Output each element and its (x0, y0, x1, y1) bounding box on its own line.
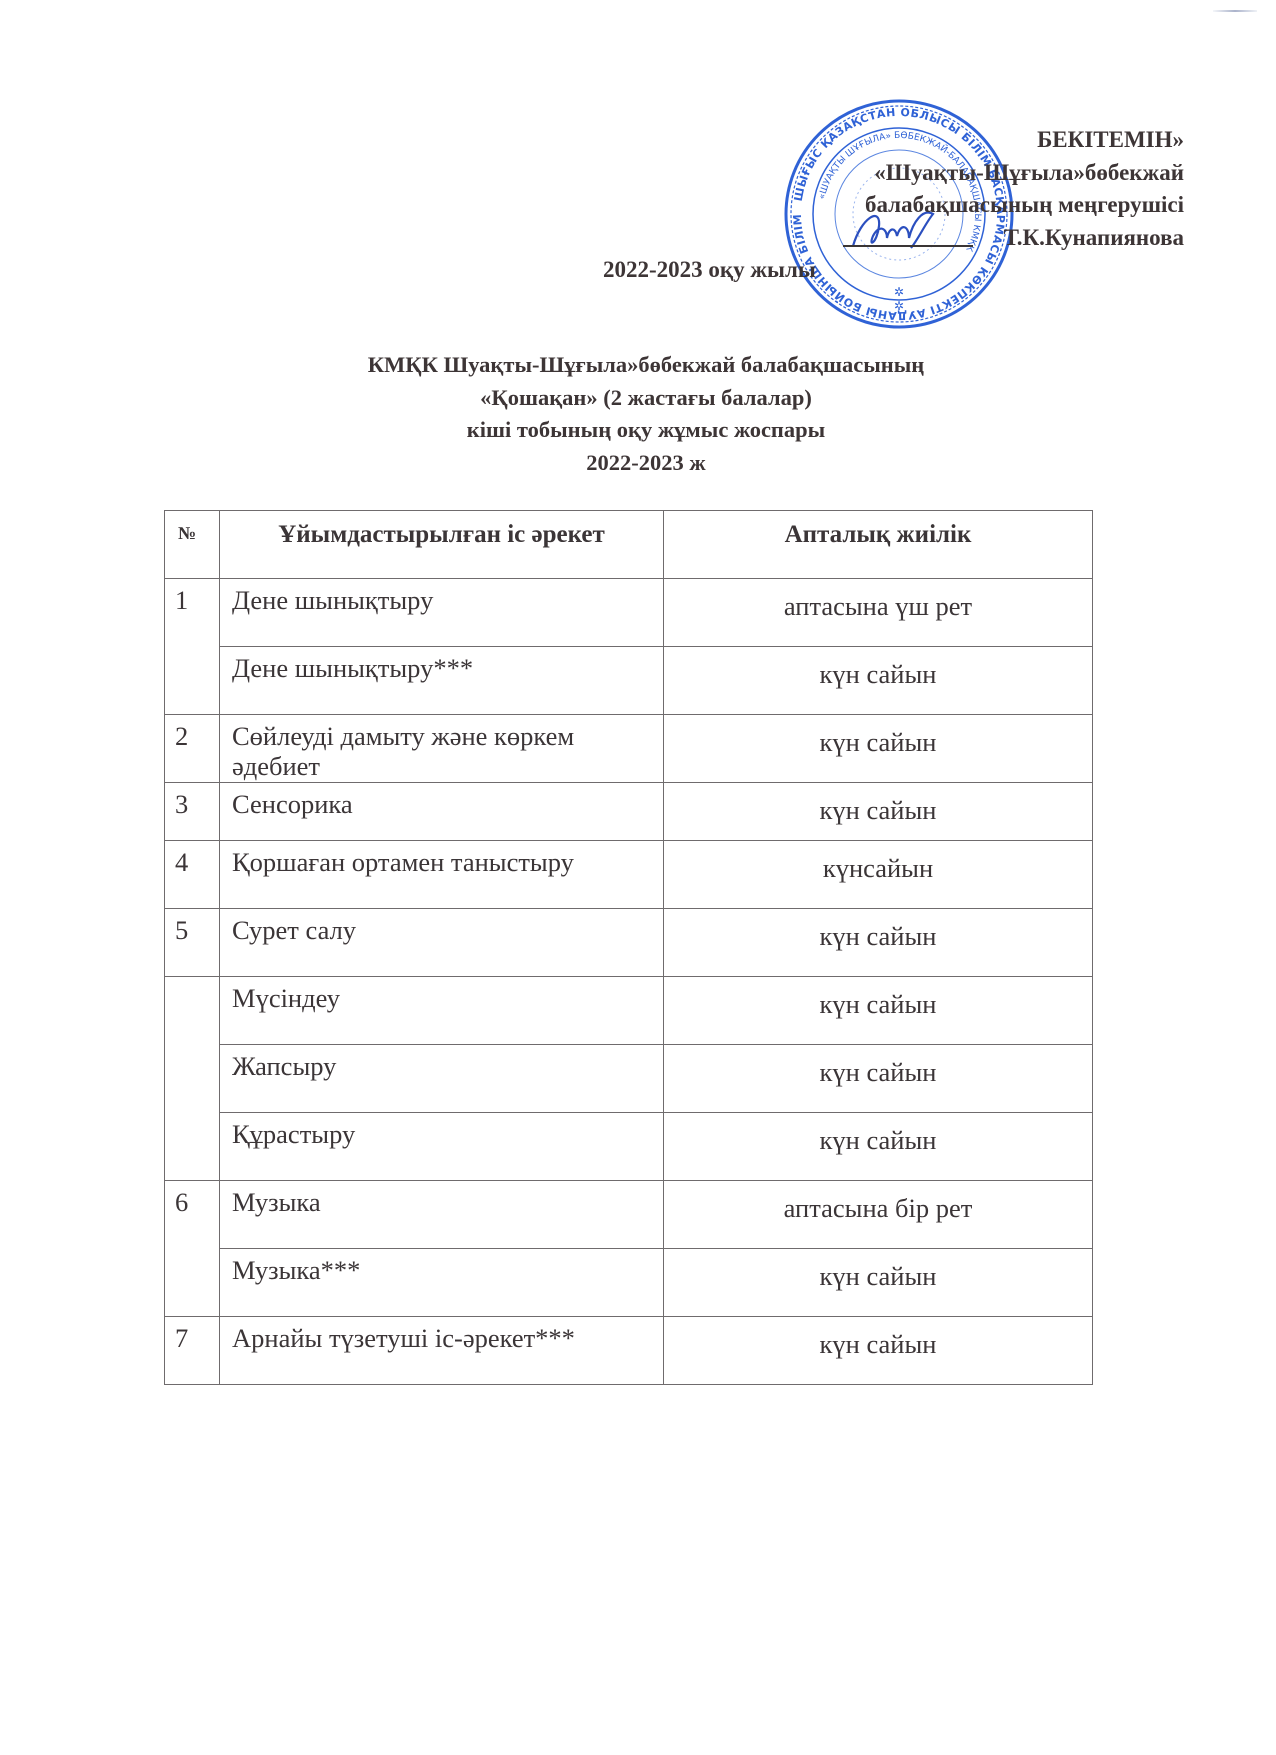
row-number: 7 (165, 1317, 220, 1385)
row-activity: Жапсыру (220, 1045, 664, 1113)
table-row: 4 Қоршаған ортамен таныстыру күнсайын (165, 841, 1093, 909)
row-frequency: күн сайын (664, 715, 1093, 783)
row-activity: Құрастыру (220, 1113, 664, 1181)
row-activity: Дене шынықтыру*** (220, 647, 664, 715)
row-number: 3 (165, 783, 220, 841)
row-frequency: аптасына үш рет (664, 579, 1093, 647)
table-row: 1 Дене шынықтыру аптасына үш рет (165, 579, 1093, 647)
table-header-row: № Ұйымдастырылған іс әрекет Апталық жиіл… (165, 511, 1093, 579)
row-number: 2 (165, 715, 220, 783)
header-number: № (165, 511, 220, 579)
row-frequency: күн сайын (664, 1317, 1093, 1385)
approval-position: балабақшасының меңгерушісі (865, 189, 1184, 222)
row-activity: Музыка (220, 1181, 664, 1249)
row-activity: Дене шынықтыру (220, 579, 664, 647)
table-row: 3 Сенсорика күн сайын (165, 783, 1093, 841)
approval-signatory: Т.К.Кунапиянова (865, 222, 1184, 255)
row-frequency: күн сайын (664, 1113, 1093, 1181)
table-row: 5 Сурет салу күн сайын (165, 909, 1093, 977)
table-row: 2 Сөйлеуді дамыту және көркем әдебиет кү… (165, 715, 1093, 783)
row-number: 6 (165, 1181, 220, 1317)
title-line-4: 2022-2023 ж (296, 447, 996, 480)
table-row: Мүсіндеу күн сайын (165, 977, 1093, 1045)
table-row: Музыка*** күн сайын (165, 1249, 1093, 1317)
document-title: КМҚК Шуақты-Шұғыла»бөбекжай балабақшасын… (296, 349, 996, 480)
row-frequency: күн сайын (664, 977, 1093, 1045)
plan-table: № Ұйымдастырылған іс әрекет Апталық жиіл… (164, 510, 1093, 1385)
row-frequency: күн сайын (664, 909, 1093, 977)
row-activity: Сенсорика (220, 783, 664, 841)
approval-institution: «Шуақты-Шұғыла»бөбекжай (865, 157, 1184, 190)
approval-heading: БЕКІТЕМІН» (865, 124, 1184, 157)
row-activity: Арнайы түзетуші іс-әрекет*** (220, 1317, 664, 1385)
scan-artifact (1213, 10, 1257, 12)
row-frequency: күнсайын (664, 841, 1093, 909)
table-row: 7 Арнайы түзетуші іс-әрекет*** күн сайын (165, 1317, 1093, 1385)
table-row: Жапсыру күн сайын (165, 1045, 1093, 1113)
title-line-3: кіші тобының оқу жұмыс жоспары (296, 414, 996, 447)
svg-text:✲: ✲ (894, 285, 904, 299)
row-frequency: күн сайын (664, 1249, 1093, 1317)
row-number: 4 (165, 841, 220, 909)
row-activity: Мүсіндеу (220, 977, 664, 1045)
table-row: Дене шынықтыру*** күн сайын (165, 647, 1093, 715)
header-activity: Ұйымдастырылған іс әрекет (220, 511, 664, 579)
row-activity: Музыка*** (220, 1249, 664, 1317)
row-number (165, 977, 220, 1181)
table-row: 6 Музыка аптасына бір рет (165, 1181, 1093, 1249)
row-number: 1 (165, 579, 220, 715)
row-number: 5 (165, 909, 220, 977)
approval-block: БЕКІТЕМІН» «Шуақты-Шұғыла»бөбекжай балаб… (865, 124, 1184, 254)
row-frequency: күн сайын (664, 783, 1093, 841)
row-frequency: күн сайын (664, 1045, 1093, 1113)
title-line-2: «Қошақан» (2 жастағы балалар) (296, 382, 996, 415)
svg-text:✲: ✲ (894, 299, 904, 313)
row-frequency: күн сайын (664, 647, 1093, 715)
header-frequency: Апталық жиілік (664, 511, 1093, 579)
table-row: Құрастыру күн сайын (165, 1113, 1093, 1181)
approval-year: 2022-2023 оқу жылы (603, 254, 816, 287)
row-activity: Сөйлеуді дамыту және көркем әдебиет (220, 715, 664, 783)
row-activity: Қоршаған ортамен таныстыру (220, 841, 664, 909)
title-line-1: КМҚК Шуақты-Шұғыла»бөбекжай балабақшасын… (296, 349, 996, 382)
row-frequency: аптасына бір рет (664, 1181, 1093, 1249)
row-activity: Сурет салу (220, 909, 664, 977)
